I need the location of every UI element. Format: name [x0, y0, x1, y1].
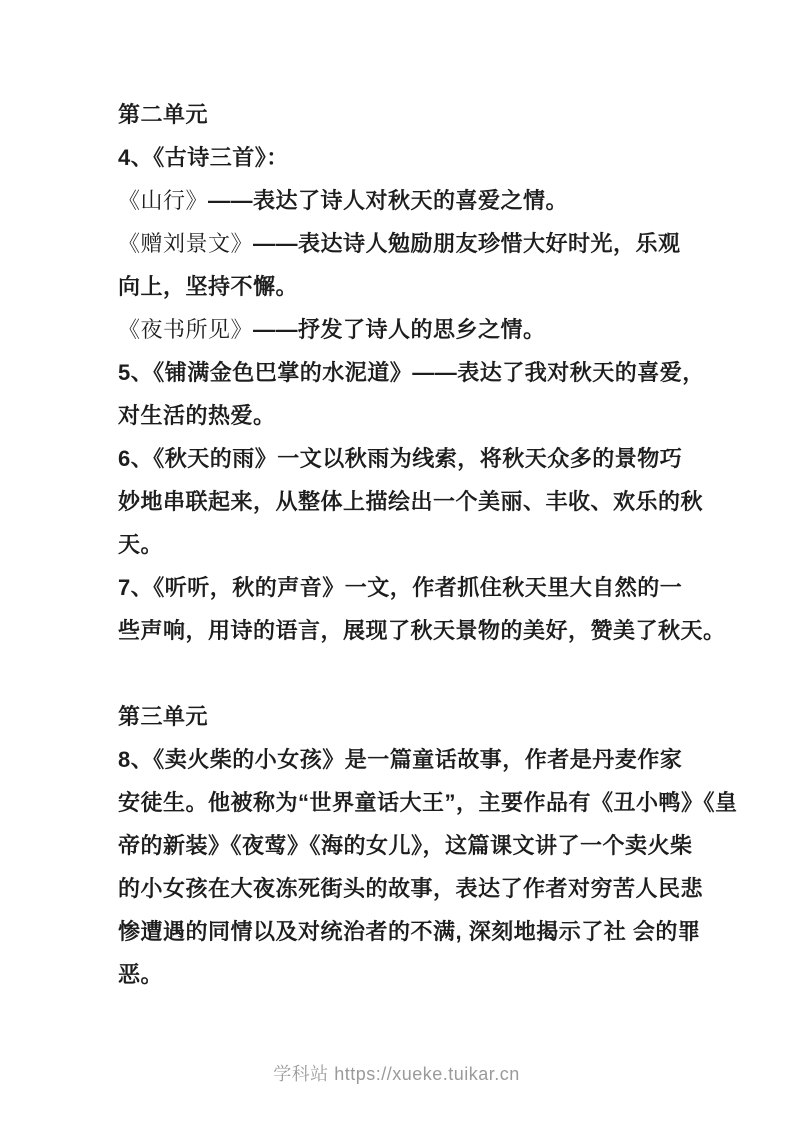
body-text: ——表达了诗人对秋天的喜爱之情。 [208, 188, 568, 213]
body-text: 些声响，用诗的语言，展现了秋天景物的美好，赞美了秋天。 [118, 618, 726, 643]
text-line: 妙地串联起来，从整体上描绘出一个美丽、丰收、欢乐的秋 [118, 480, 758, 523]
poem-title: 《夜书所见》 [118, 317, 253, 342]
text-line: 《夜书所见》——抒发了诗人的思乡之情。 [118, 308, 758, 351]
body-text: 帝的新装》《夜莺》《海的女儿》，这篇课文讲了一个卖火柴 [118, 833, 693, 858]
text-line: 的小女孩在大夜冻死街头的故事，表达了作者对穷苦人民悲 [118, 867, 758, 910]
body-text: ——表达诗人勉励朋友珍惜大好时光，乐观 [253, 231, 681, 256]
text-line: 5、《铺满金色巴掌的水泥道》——表达了我对秋天的喜爱， [118, 351, 758, 394]
text-line: 《赠刘景文》——表达诗人勉励朋友珍惜大好时光，乐观 [118, 222, 758, 265]
body-text: 妙地串联起来，从整体上描绘出一个美丽、丰收、欢乐的秋 [118, 489, 703, 514]
body-text: 天。 [118, 532, 163, 557]
body-text: 4、《古诗三首》： [118, 145, 289, 170]
body-text: 安徒生。他被称为“世界童话大王”，主要作品有《丑小鸭》《皇 [118, 790, 738, 815]
text-line: 6、《秋天的雨》一文以秋雨为线索，将秋天众多的景物巧 [118, 437, 758, 480]
body-text: 对生活的热爱。 [118, 403, 276, 428]
body-text: 恶。 [118, 962, 163, 987]
poem-title: 《赠刘景文》 [118, 231, 253, 256]
body-text: 7、《听听，秋的声音》一文，作者抓住秋天里大自然的一 [118, 575, 682, 600]
body-text: 的小女孩在大夜冻死街头的故事，表达了作者对穷苦人民悲 [118, 876, 703, 901]
body-text: 6、《秋天的雨》一文以秋雨为线索，将秋天众多的景物巧 [118, 446, 682, 471]
text-line: 安徒生。他被称为“世界童话大王”，主要作品有《丑小鸭》《皇 [118, 781, 758, 824]
section-heading: 第三单元 [118, 695, 758, 738]
text-line: 帝的新装》《夜莺》《海的女儿》，这篇课文讲了一个卖火柴 [118, 824, 758, 867]
body-text: 惨遭遇的同情以及对统治者的不满, 深刻地揭示了社 会的罪 [118, 919, 700, 944]
text-line: 7、《听听，秋的声音》一文，作者抓住秋天里大自然的一 [118, 566, 758, 609]
document-content: 第二单元4、《古诗三首》：《山行》——表达了诗人对秋天的喜爱之情。《赠刘景文》—… [118, 93, 758, 996]
text-line: 惨遭遇的同情以及对统治者的不满, 深刻地揭示了社 会的罪 [118, 910, 758, 953]
text-line: 8、《卖火柴的小女孩》是一篇童话故事，作者是丹麦作家 [118, 738, 758, 781]
watermark-text: 学科站 https://xueke.tuikar.cn [273, 1064, 520, 1084]
unit-section: 第二单元4、《古诗三首》：《山行》——表达了诗人对秋天的喜爱之情。《赠刘景文》—… [118, 93, 758, 652]
text-line: 恶。 [118, 953, 758, 996]
watermark: 学科站 https://xueke.tuikar.cn [0, 1060, 793, 1088]
document-page: 第二单元4、《古诗三首》：《山行》——表达了诗人对秋天的喜爱之情。《赠刘景文》—… [0, 0, 793, 1122]
body-text: 8、《卖火柴的小女孩》是一篇童话故事，作者是丹麦作家 [118, 747, 682, 772]
poem-title: 《山行》 [118, 188, 208, 213]
section-heading: 第二单元 [118, 93, 758, 136]
unit-section: 第三单元8、《卖火柴的小女孩》是一篇童话故事，作者是丹麦作家安徒生。他被称为“世… [118, 695, 758, 996]
body-text: 向上，坚持不懈。 [118, 274, 298, 299]
text-line: 4、《古诗三首》： [118, 136, 758, 179]
body-text: 5、《铺满金色巴掌的水泥道》——表达了我对秋天的喜爱， [118, 360, 705, 385]
text-line: 些声响，用诗的语言，展现了秋天景物的美好，赞美了秋天。 [118, 609, 758, 652]
text-line: 对生活的热爱。 [118, 394, 758, 437]
text-line: 天。 [118, 523, 758, 566]
text-line: 《山行》——表达了诗人对秋天的喜爱之情。 [118, 179, 758, 222]
body-text: ——抒发了诗人的思乡之情。 [253, 317, 546, 342]
text-line: 向上，坚持不懈。 [118, 265, 758, 308]
